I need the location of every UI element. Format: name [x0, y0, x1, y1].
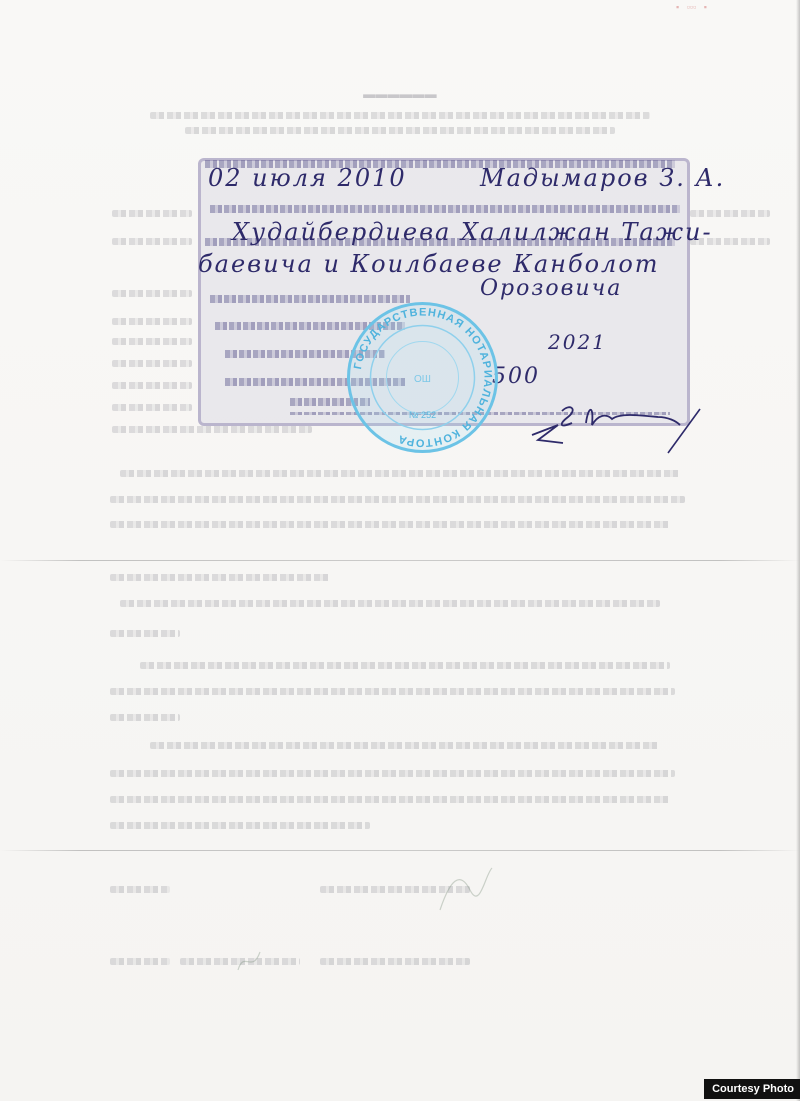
faded-text-line	[120, 470, 680, 477]
faded-text-line	[112, 210, 192, 217]
faded-text-line	[690, 210, 770, 217]
faded-text-line	[110, 496, 685, 503]
faded-text-line	[110, 886, 170, 893]
faded-heading: ▬▬▬▬▬▬	[200, 87, 600, 102]
faint-signature-icon	[430, 860, 500, 920]
faded-text-line	[110, 770, 675, 777]
scan-edge	[796, 0, 800, 1101]
faded-text-line	[150, 742, 660, 749]
faded-text-line	[112, 382, 192, 389]
handwritten-persons-line: баевича и Коилбаеве Канболот	[198, 250, 660, 278]
seal-inner-text: ОШ	[414, 374, 431, 385]
faint-signature-icon	[230, 940, 270, 980]
faded-text-line	[140, 662, 670, 669]
notary-seal-icon: ГОСУДАРСТВЕННАЯ НОТАРИАЛЬНАЯ КОНТОРА № 2…	[345, 300, 500, 455]
handwritten-date: 02 июля 2010	[208, 164, 407, 192]
faded-text-line	[320, 958, 470, 965]
paper-fold	[0, 560, 800, 561]
handwritten-notary-name: Мадымаров З. А.	[480, 164, 725, 192]
faded-text-line	[110, 714, 180, 721]
handwritten-register-number: 2021	[548, 330, 607, 354]
faded-text-line	[110, 630, 180, 637]
faded-text-line	[112, 238, 192, 245]
paper-fold	[0, 850, 800, 851]
faded-text-line	[110, 574, 330, 581]
faded-text-line	[112, 360, 192, 367]
faded-text-line	[110, 958, 170, 965]
seal-number: № 252	[409, 410, 436, 420]
faded-text-line	[112, 338, 192, 345]
faded-text-line	[112, 318, 192, 325]
faded-text-line	[185, 127, 615, 134]
faded-text-line	[112, 290, 192, 297]
document-page: ▪ ▫▫▫ ▪ ▬▬▬▬▬▬	[0, 0, 800, 1101]
faded-text-line	[110, 822, 370, 829]
faded-text-line	[110, 688, 675, 695]
corner-mark: ▪ ▫▫▫ ▪	[676, 2, 707, 12]
photo-credit-label: Courtesy Photo	[704, 1079, 800, 1099]
notary-signature-icon	[528, 395, 708, 455]
faded-text-line	[112, 404, 192, 411]
faded-text-line	[110, 521, 670, 528]
faded-text-line	[112, 426, 312, 433]
faded-text-line	[150, 112, 650, 119]
stamp-text-line	[210, 205, 680, 213]
handwritten-persons-line: Худайбердиева Халилжан Тажи-	[232, 218, 713, 246]
faded-text-line	[120, 600, 660, 607]
faded-text-line	[110, 796, 670, 803]
handwritten-persons-line: Орозовича	[480, 276, 622, 301]
